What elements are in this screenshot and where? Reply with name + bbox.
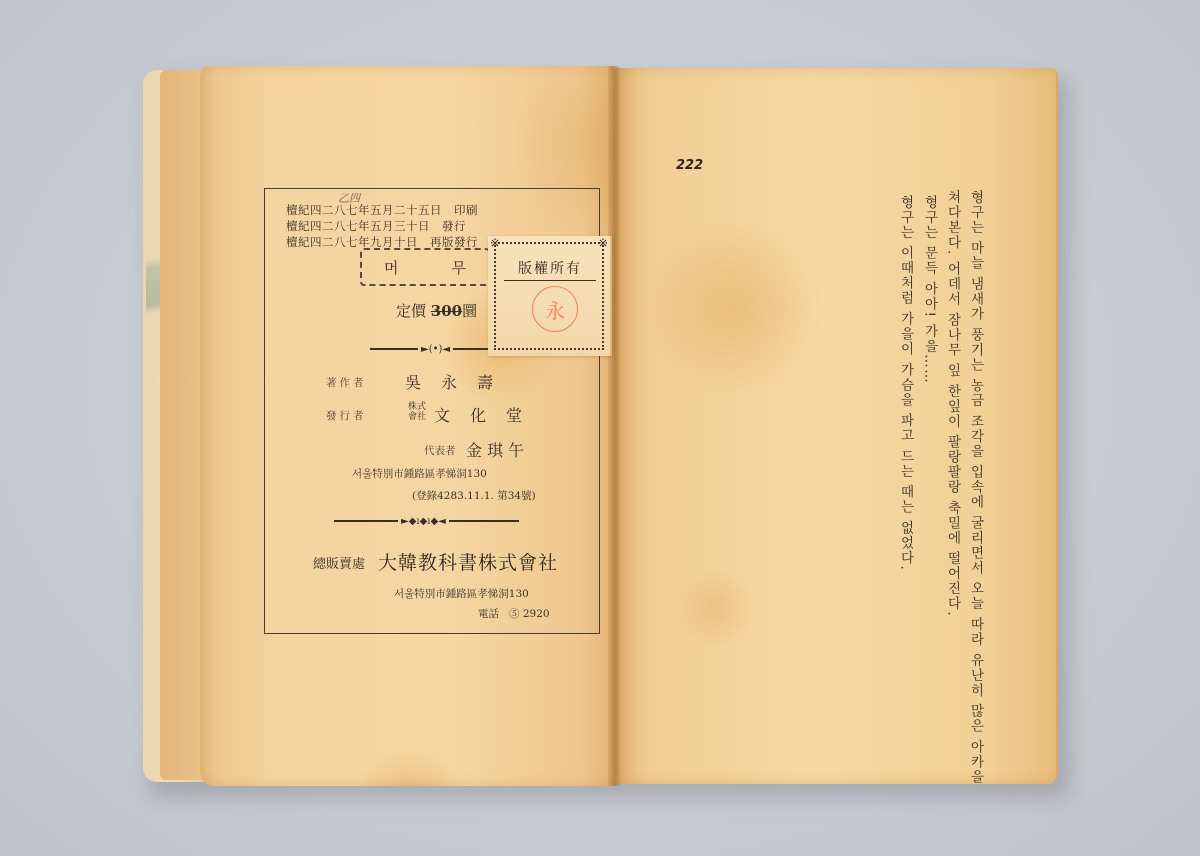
representative-label: 代表者 bbox=[424, 443, 456, 458]
distributor-name: 大韓教科書株式會社 bbox=[378, 548, 558, 575]
page-number: 222 bbox=[676, 158, 703, 173]
title-char-left: 머 bbox=[384, 257, 399, 278]
distributor-label: 總販賣處 bbox=[313, 553, 365, 572]
book-title-box: 머 무 bbox=[360, 248, 490, 286]
publisher-prefix: 株式會社 bbox=[408, 402, 430, 422]
phone-number: ⑤ 2920 bbox=[509, 608, 550, 620]
text-line-4: 형구는 이때처럼 가을이 가슴을 파고 드는 때는 없었다. bbox=[898, 195, 912, 571]
price-value: 300 bbox=[431, 302, 462, 320]
publisher-address: 서울特別市鍾路區孝悌洞130 bbox=[352, 466, 487, 481]
text-line-1: 형구는 마늘 냄새가 풍기는 농금 조각을 입속에 굴리면서 오늘 따라 유난히… bbox=[968, 190, 982, 785]
text-line-3: 형구는 문득 아아! 가을…… bbox=[922, 195, 936, 384]
distributor-address: 서울特別市鍾路區孝悌洞130 bbox=[394, 586, 529, 601]
price: 定價 300圜 bbox=[396, 300, 477, 321]
price-label: 定價 bbox=[396, 302, 426, 320]
right-page bbox=[614, 68, 1058, 784]
red-seal: 永 bbox=[532, 286, 578, 332]
publisher-name: 文 化 堂 bbox=[434, 403, 524, 426]
text-line-2: 쳐다본다. 어데서 잠나무 잎 한잎이 팔랑팔랑 축밀에 떨어진다. bbox=[945, 190, 959, 617]
title-char-right: 무 bbox=[452, 257, 467, 278]
stamp-corner-icon: ※ bbox=[490, 236, 500, 250]
ornament-divider-2: ►◆ı◆ı◆◄ bbox=[334, 516, 519, 526]
print-date: 檀紀四二八七年五月二十五日 印刷 bbox=[286, 202, 478, 218]
copyright-stamp: ※ ※ 版權所有 永 bbox=[488, 236, 612, 356]
stamp-corner-icon: ※ bbox=[598, 236, 608, 250]
price-unit: 圜 bbox=[462, 302, 477, 320]
book-gutter bbox=[608, 66, 620, 786]
registration-number: (登錄4283.11.1. 第34號) bbox=[412, 488, 536, 503]
author-label: 著作者 bbox=[326, 375, 367, 390]
stamp-title: 版權所有 bbox=[504, 258, 596, 281]
representative-name: 金 琪 午 bbox=[466, 438, 524, 461]
phone-label: 電話 bbox=[478, 608, 499, 620]
publish-date: 檀紀四二八七年五月三十日 發行 bbox=[286, 218, 466, 234]
phone: 電話 ⑤ 2920 bbox=[478, 606, 550, 621]
author-name: 吳 永 壽 bbox=[405, 370, 495, 393]
publisher-label: 發行者 bbox=[326, 408, 367, 423]
